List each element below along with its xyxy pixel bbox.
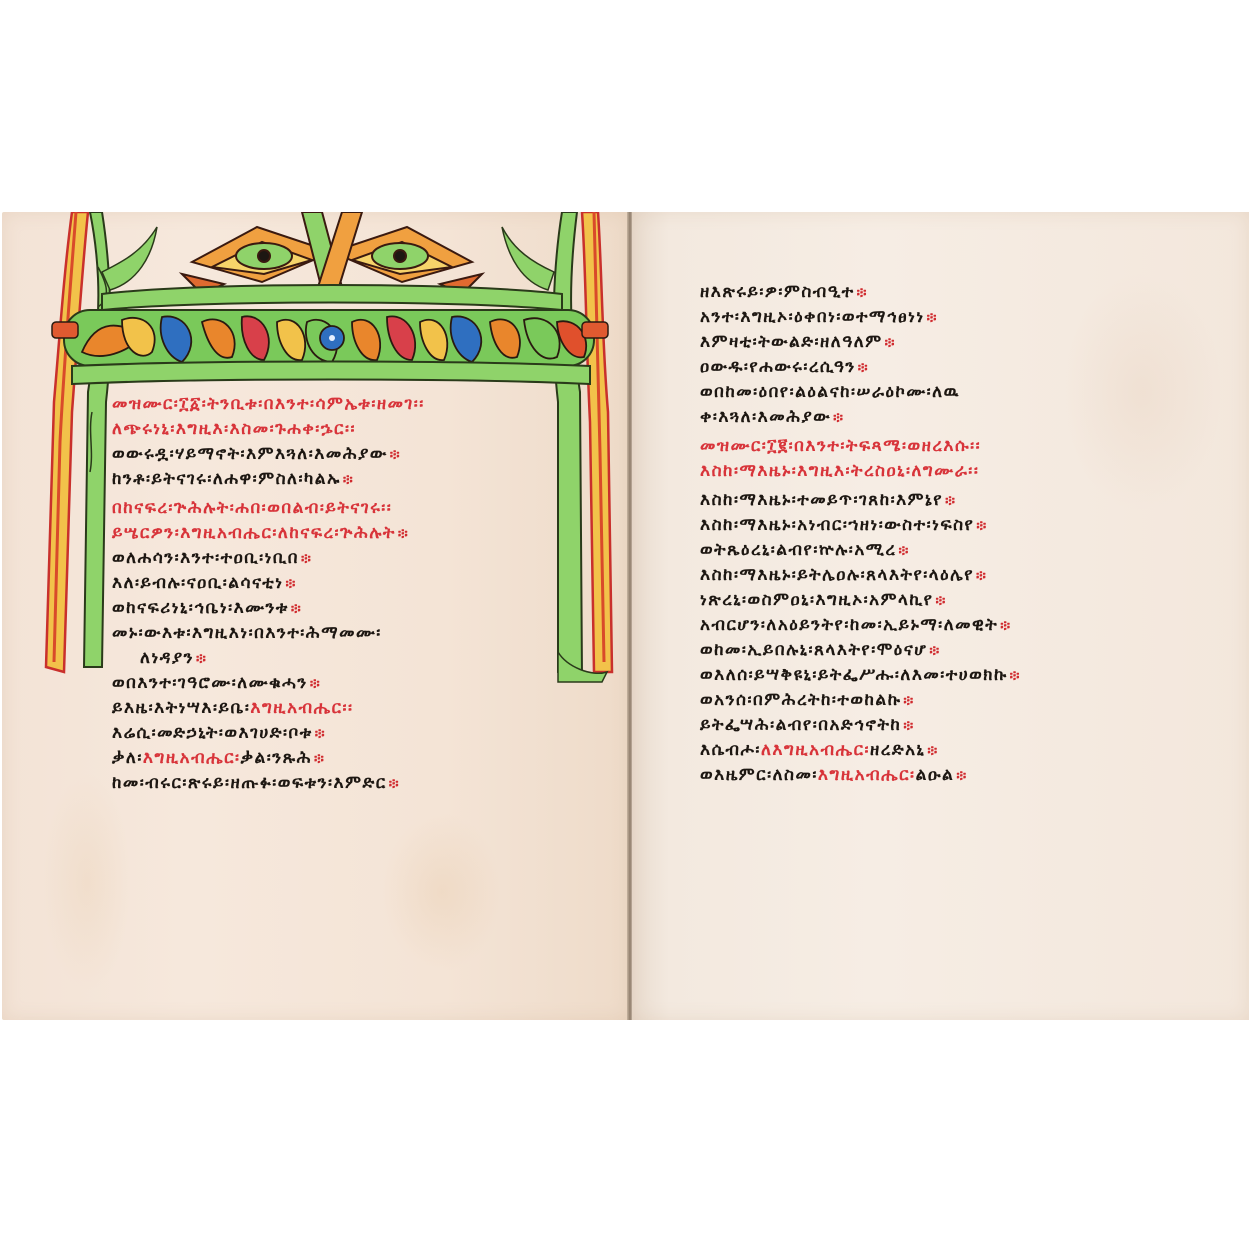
- text-line: ወበእንተ፡ገዓሮሙ፡ለሙቁሓን፨: [112, 671, 582, 696]
- verse-end-mark: ፨: [935, 593, 946, 609]
- verse-end-mark: ፨: [291, 601, 302, 617]
- verse-end-mark: ፨: [390, 447, 401, 463]
- verse-end-mark: ፨: [833, 410, 844, 426]
- verse-end-mark: ፨: [885, 335, 896, 351]
- verse-end-mark: ፨: [196, 651, 207, 667]
- verse-end-mark: ፨: [398, 526, 409, 542]
- verse-end-mark: ፨: [927, 310, 938, 326]
- text-line: እስከ፡ማእዜኑ፡ተመይጥ፡ገጸከ፡እምኔየ፨: [700, 488, 1220, 513]
- text-line: ወበከመ፡ዕበየ፡ልዕልናከ፡ሠራዕኮሙ፡ለዉ: [700, 380, 1220, 405]
- verse-end-mark: ፨: [903, 718, 914, 734]
- text-line: እሬሲ፡መድኃኒት፡ወእገሀድ፡ቦቱ፨: [112, 721, 582, 746]
- text-line: ወለሐሳን፡እንተ፡ተዐቢ፡ነቢበ፨: [112, 546, 582, 571]
- text-line: ወእለሰ፡ይሣቅዩኒ፡ይትፌሥሑ፡ለእመ፡ተሀወክኩ፨: [700, 663, 1220, 688]
- text-line: ወትጼዕረኒ፡ልብየ፡ኵሉ፡አሚረ፨: [700, 538, 1220, 563]
- text-line: መኑ፡ውእቱ፡እግዚእነ፡በእንተ፡ሕማመሙ፡: [112, 621, 582, 646]
- text-line: ወከመ፡ኢይበሉኒ፡ጸላእትየ፡ሞዕናሆ፨: [700, 638, 1220, 663]
- verse-end-mark: ፨: [285, 576, 296, 592]
- verse-end-mark: ፨: [389, 776, 400, 792]
- text-line: እስከ፡ማእዜኑ፡ይትሌዐሉ፡ጸላእትየ፡ላዕሌየ፨: [700, 563, 1220, 588]
- text-line: ይእዜ፡እትነሣእ፡ይቤ፡እግዚአብሔር፡፡: [112, 696, 582, 721]
- left-page: መዝሙር፡፲፩፡ትንቢቱ፡በእንተ፡ሳምኤቱ፡ዘመገ፡፡ ለጭሩነኒ፡እግዚእ፡…: [2, 212, 629, 1020]
- verse-end-mark: ፨: [343, 472, 354, 488]
- verse-end-mark: ፨: [315, 726, 326, 742]
- verse-end-mark: ፨: [898, 543, 909, 559]
- text-line: እስከ፡ማእዜኑ፡እግዚእ፡ትረስዐኒ፡ለግሙራ፡፡: [700, 459, 1220, 484]
- verse-end-mark: ፨: [976, 568, 987, 584]
- text-line: ለነዳያን፨: [112, 646, 582, 671]
- text-line: መዝሙር፡፲፩፡ትንቢቱ፡በእንተ፡ሳምኤቱ፡ዘመገ፡፡: [112, 392, 582, 417]
- text-line: እስከ፡ማእዜኑ፡አነብር፡ኀዘነ፡ውስተ፡ነፍስየ፨: [700, 513, 1220, 538]
- right-page: ዘእጽሩይ፡ዎ፡ምስብዒተ፨ አንተ፡እግዚኦ፡ዕቀበነ፡ወተማኅፀነነ፨ እም…: [632, 212, 1249, 1020]
- verse-end-mark: ፨: [927, 743, 938, 759]
- text-line: ወውሩዷ፡ሃይማኖት፡እምእጓለ፡እመሕያው፨: [112, 442, 582, 467]
- verse-end-mark: ፨: [857, 285, 868, 301]
- manuscript-spread: መዝሙር፡፲፩፡ትንቢቱ፡በእንተ፡ሳምኤቱ፡ዘመገ፡፡ ለጭሩነኒ፡እግዚእ፡…: [2, 212, 1249, 1020]
- text-line: ወእዜምር፡ለስመ፡እግዚአብሔር፡ልዑል፨: [700, 763, 1220, 788]
- text-line: ዐውዱ፡የሐውሩ፡ረሲዓን፨: [700, 355, 1220, 380]
- verse-end-mark: ፨: [976, 518, 987, 534]
- right-page-text: ዘእጽሩይ፡ዎ፡ምስብዒተ፨ አንተ፡እግዚኦ፡ዕቀበነ፡ወተማኅፀነነ፨ እም…: [700, 280, 1220, 788]
- text-line: ወከናፍሪነኒ፡ኅቤነ፡እሙንቱ፨: [112, 596, 582, 621]
- text-line: ይትፌሣሕ፡ልብየ፡በአድኅኖትከ፨: [700, 713, 1220, 738]
- text-line: ቀ፡እጓለ፡እመሕያው፨: [700, 405, 1220, 430]
- text-line: እምዛቲ፡ትውልድ፡ዘለዓለም፨: [700, 330, 1220, 355]
- text-line: እለ፡ይብሉ፡ናዐቢ፡ልሳናቲነ፨: [112, 571, 582, 596]
- text-line: ይሤርዎን፡እግዚአብሔር፡ለከናፍረ፡ጕሕሉት፨: [112, 521, 582, 546]
- text-line: ቃለ፡እግዚአብሔር፡ቃል፡ንጹሕ፨: [112, 746, 582, 771]
- text-line: ዘእጽሩይ፡ዎ፡ምስብዒተ፨: [700, 280, 1220, 305]
- text-line: መዝሙር፡፲፪፡በእንተ፡ትፍጻሜ፡ወዘረእሱ፡፡: [700, 434, 1220, 459]
- text-line: ነጽረኒ፡ወስምዐኒ፡እግዚኦ፡አምላኪየ፨: [700, 588, 1220, 613]
- verse-end-mark: ፨: [929, 643, 940, 659]
- verse-end-mark: ፨: [310, 676, 321, 692]
- text-line: ከመ፡ብሩር፡ጽሩይ፡ዘጡፉ፡ወፍቱን፡እምድር፨: [112, 771, 582, 796]
- text-line: አብርሆን፡ለአዕይንትየ፡ከመ፡ኢይኑማ፡ለመዊት፨: [700, 613, 1220, 638]
- verse-end-mark: ፨: [945, 493, 956, 509]
- verse-end-mark: ፨: [956, 768, 967, 784]
- text-line: ለጭሩነኒ፡እግዚእ፡እስመ፡ጉሐቀ፡ኌር፡፡: [112, 417, 582, 442]
- left-page-text: መዝሙር፡፲፩፡ትንቢቱ፡በእንተ፡ሳምኤቱ፡ዘመገ፡፡ ለጭሩነኒ፡እግዚእ፡…: [112, 392, 582, 796]
- verse-end-mark: ፨: [301, 551, 312, 567]
- verse-end-mark: ፨: [903, 693, 914, 709]
- verse-end-mark: ፨: [314, 751, 325, 767]
- text-line: አንተ፡እግዚኦ፡ዕቀበነ፡ወተማኅፀነነ፨: [700, 305, 1220, 330]
- text-line: እሴብሖ፡ለእግዚአብሔር፡ዘረድአኒ፨: [700, 738, 1220, 763]
- text-line: በከናፍረ፡ጕሕሉት፡ሐበ፡ወበልብ፡ይትናገሩ፡፡: [112, 496, 582, 521]
- verse-end-mark: ፨: [1000, 618, 1011, 634]
- text-line: ወአንሰ፡በምሕረትከ፡ተወከልኩ፨: [700, 688, 1220, 713]
- verse-end-mark: ፨: [858, 360, 869, 376]
- text-line: ከንቶ፡ይትናገሩ፡ለሐዋ፡ምስለ፡ካልኡ፨: [112, 467, 582, 492]
- verse-end-mark: ፨: [1010, 668, 1021, 684]
